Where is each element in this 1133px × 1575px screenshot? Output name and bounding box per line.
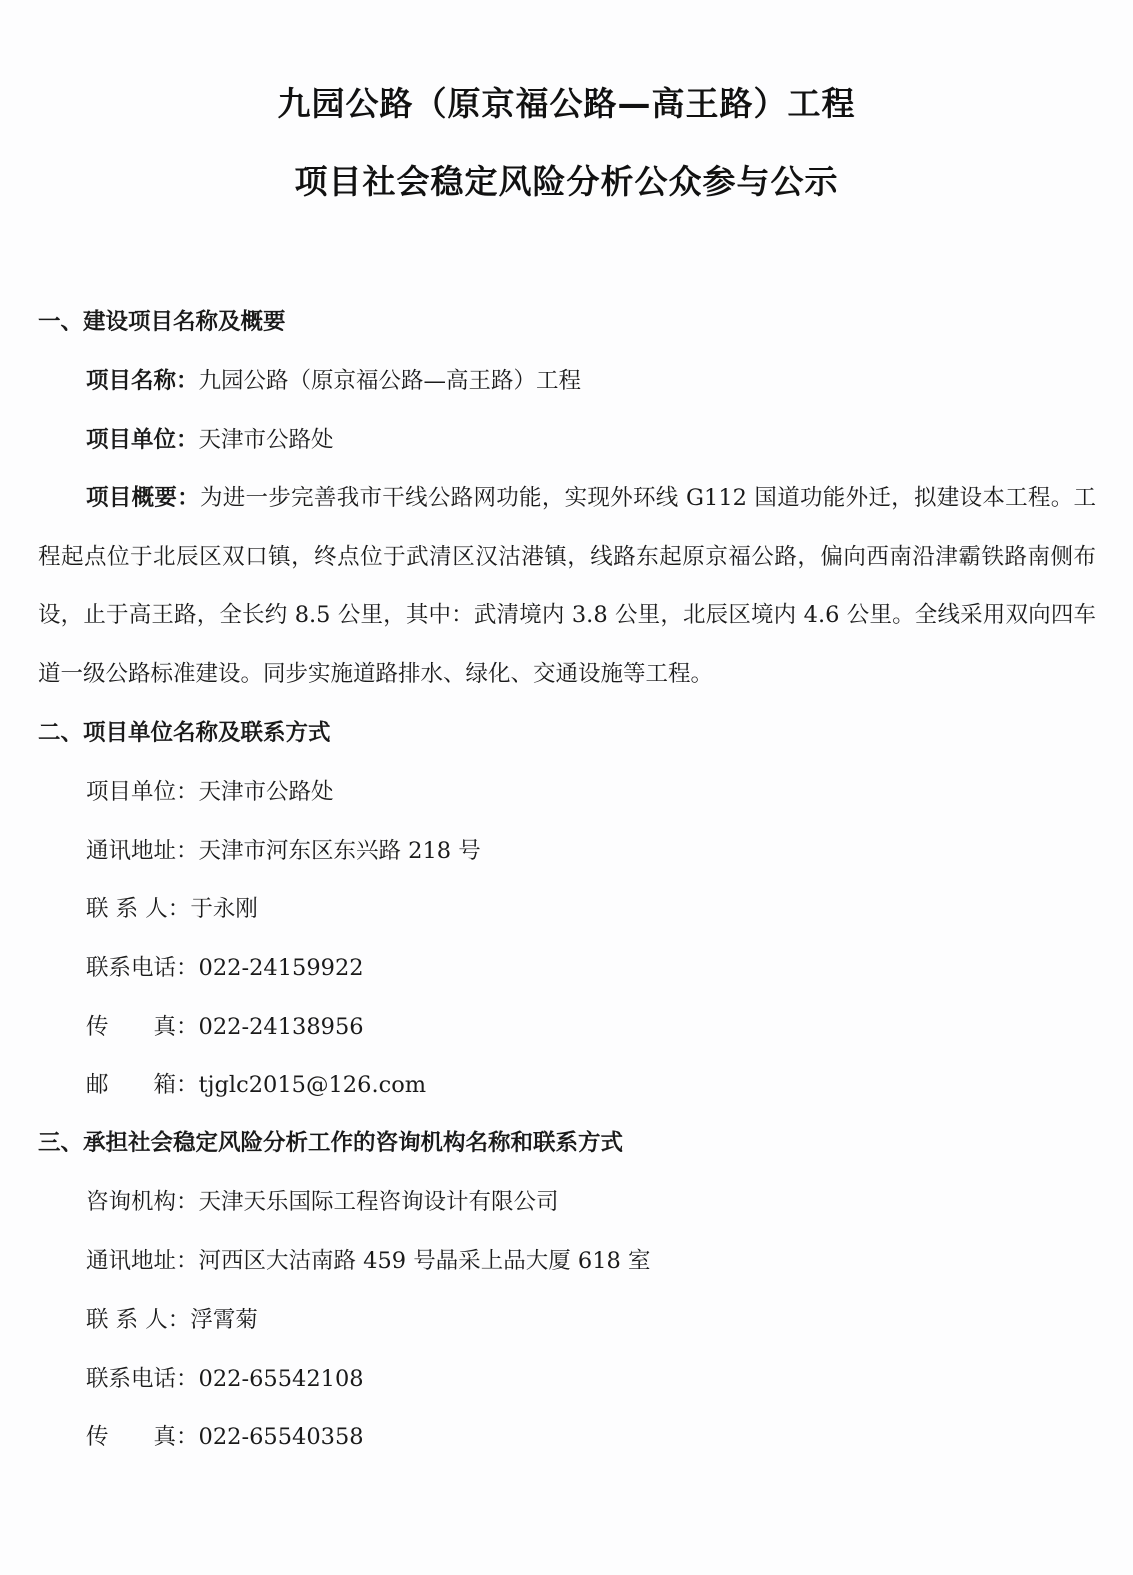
consultant-address-row: 通讯地址：河西区大沽南路 459 号晶采上品大厦 618 室	[86, 1246, 651, 1276]
consultant-name-value: 天津天乐国际工程咨询设计有限公司	[199, 1189, 559, 1215]
consultant-fax-value: 022-65540358	[199, 1424, 364, 1450]
section-1-heading: 一、建设项目名称及概要	[38, 307, 286, 337]
owner-address-value: 天津市河东区东兴路 218 号	[199, 838, 481, 864]
consultant-phone-label: 联系电话：	[86, 1366, 199, 1392]
document-title-line-1: 九园公路（原京福公路—高王路）工程	[0, 78, 1133, 125]
consultant-address-label: 通讯地址：	[86, 1248, 199, 1274]
project-summary-paragraph: 项目概要：为进一步完善我市干线公路网功能，实现外环线 G112 国道功能外迁，拟…	[38, 469, 1096, 703]
document-page: 九园公路（原京福公路—高王路）工程 项目社会稳定风险分析公众参与公示 一、建设项…	[0, 0, 1133, 1575]
consultant-address-value: 河西区大沽南路 459 号晶采上品大厦 618 室	[199, 1248, 651, 1274]
consultant-contact-label: 联 系 人：	[86, 1307, 190, 1333]
project-name-row: 项目名称：九园公路（原京福公路—高王路）工程	[86, 366, 581, 396]
owner-fax-value: 022-24138956	[199, 1014, 364, 1040]
consultant-contact-value: 浮霄菊	[190, 1307, 258, 1333]
project-unit-row: 项目单位：天津市公路处	[86, 425, 334, 455]
project-unit-value: 天津市公路处	[199, 427, 334, 453]
project-name-label: 项目名称：	[86, 368, 199, 394]
project-name-value: 九园公路（原京福公路—高王路）工程	[199, 368, 582, 394]
owner-address-label: 通讯地址：	[86, 838, 199, 864]
owner-phone-row: 联系电话：022-24159922	[86, 953, 364, 983]
section-2-heading: 二、项目单位名称及联系方式	[38, 718, 331, 748]
owner-contact-row: 联 系 人：于永刚	[86, 894, 258, 924]
section-3-heading: 三、承担社会稳定风险分析工作的咨询机构名称和联系方式	[38, 1128, 623, 1158]
consultant-phone-row: 联系电话：022-65542108	[86, 1364, 364, 1394]
project-unit-label: 项目单位：	[86, 427, 199, 453]
owner-phone-label: 联系电话：	[86, 955, 199, 981]
owner-fax-label: 传 真：	[86, 1014, 199, 1040]
owner-fax-row: 传 真：022-24138956	[86, 1012, 364, 1042]
owner-unit-value: 天津市公路处	[199, 779, 334, 805]
consultant-contact-row: 联 系 人：浮霄菊	[86, 1305, 258, 1335]
consultant-phone-value: 022-65542108	[199, 1366, 364, 1392]
owner-phone-value: 022-24159922	[199, 955, 364, 981]
consultant-fax-row: 传 真：022-65540358	[86, 1422, 364, 1452]
owner-address-row: 通讯地址：天津市河东区东兴路 218 号	[86, 836, 481, 866]
owner-email-row: 邮 箱：tjglc2015@126.com	[86, 1070, 426, 1100]
owner-unit-row: 项目单位：天津市公路处	[86, 777, 334, 807]
project-summary-text: 为进一步完善我市干线公路网功能，实现外环线 G112 国道功能外迁，拟建设本工程…	[38, 485, 1096, 687]
project-summary-label: 项目概要：	[86, 485, 200, 511]
owner-email-label: 邮 箱：	[86, 1072, 199, 1098]
consultant-fax-label: 传 真：	[86, 1424, 199, 1450]
owner-contact-label: 联 系 人：	[86, 896, 190, 922]
owner-email-value[interactable]: tjglc2015@126.com	[199, 1072, 427, 1098]
document-title-line-2: 项目社会稳定风险分析公众参与公示	[0, 156, 1133, 203]
owner-unit-label: 项目单位：	[86, 779, 199, 805]
owner-contact-value: 于永刚	[190, 896, 258, 922]
consultant-name-label: 咨询机构：	[86, 1189, 199, 1215]
consultant-name-row: 咨询机构：天津天乐国际工程咨询设计有限公司	[86, 1187, 559, 1217]
